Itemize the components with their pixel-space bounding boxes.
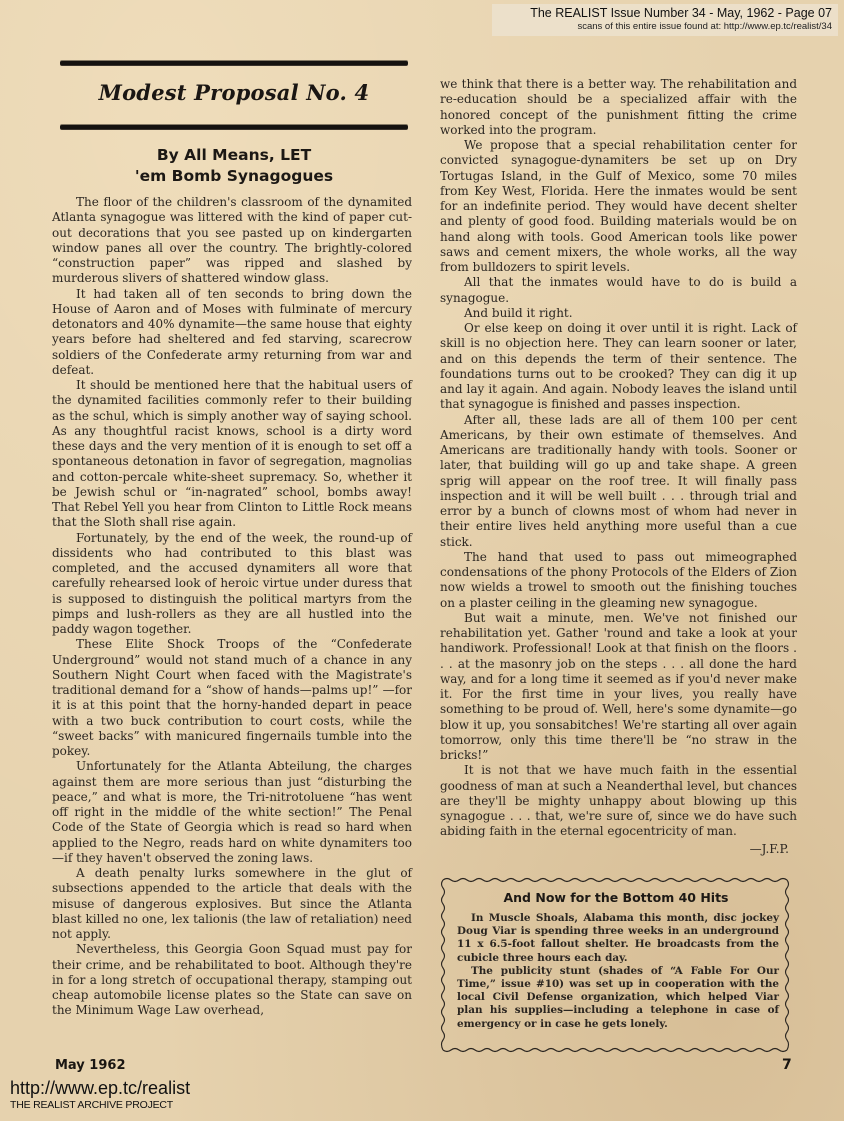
footer-date: May 1962 [55,1058,126,1073]
archive-url-link[interactable]: http://www.ep.tc/realist [10,1078,190,1098]
article-left-column: The floor of the children's classroom of… [52,195,412,1019]
archive-project-name: THE REALIST ARCHIVE PROJECT [10,1098,190,1112]
paragraph: All that the inmates would have to do is… [440,275,797,306]
paragraph: But wait a minute, men. We've not finish… [440,611,797,764]
title-bottom-rule [60,125,408,129]
paragraph: we think that there is a better way. The… [440,77,797,138]
paragraph: Fortunately, by the end of the week, the… [52,531,412,638]
sidebar-paragraph: The publicity stunt (shades of “A Fable … [457,965,779,1031]
series-title: Modest Proposal No. 4 [60,80,408,105]
paragraph: And build it right. [440,306,797,321]
headline-line-1: By All Means, LET [60,145,408,166]
sidebar-body: In Muscle Shoals, Alabama this month, di… [457,912,779,1031]
paragraph: It should be mentioned here that the hab… [52,378,412,531]
article-right-column: we think that there is a better way. The… [440,77,797,857]
archive-issue-title: The REALIST Issue Number 34 - May, 1962 … [492,6,832,21]
paragraph: Or else keep on doing it over until it i… [440,321,797,413]
archive-scan-link-text: scans of this entire issue found at: htt… [492,21,832,33]
sidebar-box: And Now for the Bottom 40 Hits In Muscle… [437,874,795,1056]
sidebar-paragraph: In Muscle Shoals, Alabama this month, di… [457,912,779,965]
paragraph: A death penalty lurks somewhere in the g… [52,866,412,942]
paragraph: These Elite Shock Troops of the “Confede… [52,637,412,759]
paragraph: We propose that a special rehabilitation… [440,138,797,275]
author-signature: —J.F.P. [440,842,797,857]
paragraph: After all, these lads are all of them 10… [440,413,797,550]
paragraph: It is not that we have much faith in the… [440,763,797,839]
paragraph: Unfortunately for the Atlanta Abteilung,… [52,759,412,866]
paragraph: It had taken all of ten seconds to bring… [52,287,412,379]
archive-header-banner: The REALIST Issue Number 34 - May, 1962 … [492,4,838,36]
archive-footer: http://www.ep.tc/realist THE REALIST ARC… [10,1078,190,1112]
paragraph: The floor of the children's classroom of… [52,195,412,287]
paragraph: Nevertheless, this Georgia Goon Squad mu… [52,942,412,1018]
paragraph: The hand that used to pass out mimeograp… [440,550,797,611]
headline-line-2: 'em Bomb Synagogues [60,166,408,187]
sidebar-title: And Now for the Bottom 40 Hits [437,890,795,905]
page-number: 7 [782,1057,792,1073]
title-top-rule [60,61,408,65]
article-headline: By All Means, LET 'em Bomb Synagogues [60,145,408,187]
